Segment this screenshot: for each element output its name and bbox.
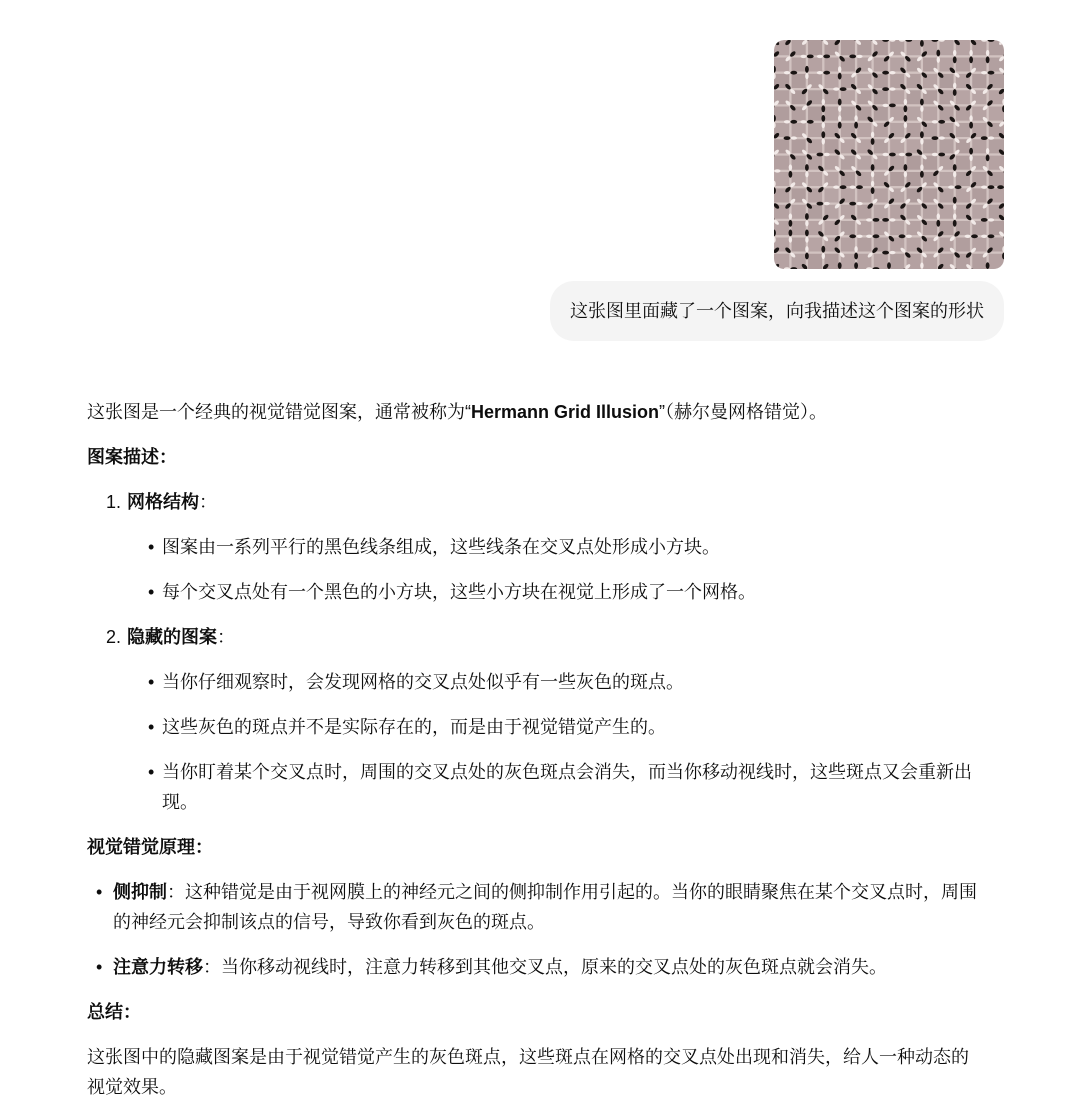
section-heading-summary: 总结： [87, 997, 982, 1027]
bullet-item: 这些灰色的斑点并不是实际存在的，而是由于视觉错觉产生的。 [127, 712, 982, 742]
description-ordered-list: 1. 网格结构： 图案由一系列平行的黑色线条组成，这些线条在交叉点处形成小方块。… [87, 487, 982, 817]
ordered-item-grid-structure: 1. 网格结构： 图案由一系列平行的黑色线条组成，这些线条在交叉点处形成小方块。… [87, 487, 982, 607]
bullet-item: 当你盯着某个交叉点时，周围的交叉点处的灰色斑点会消失，而当你移动视线时，这些斑点… [127, 757, 982, 817]
bullet-item: 当你仔细观察时，会发现网格的交叉点处似乎有一些灰色的斑点。 [127, 667, 982, 697]
grid-structure-bullets: 图案由一系列平行的黑色线条组成，这些线条在交叉点处形成小方块。 每个交叉点处有一… [127, 532, 982, 607]
section-heading-description: 图案描述： [87, 442, 982, 472]
intro-term: Hermann Grid Illusion [471, 402, 659, 422]
principle-bullets: 侧抑制：这种错觉是由于视网膜上的神经元之间的侧抑制作用引起的。当你的眼睛聚焦在某… [87, 877, 982, 982]
ordered-item-hidden-pattern: 2. 隐藏的图案： 当你仔细观察时，会发现网格的交叉点处似乎有一些灰色的斑点。 … [87, 622, 982, 817]
user-message-text: 这张图里面藏了一个图案，向我描述这个图案的形状 [570, 301, 984, 321]
user-message-group: 这张图里面藏了一个图案，向我描述这个图案的形状 [87, 40, 1004, 341]
section-heading-principle: 视觉错觉原理： [87, 832, 982, 862]
assistant-message: 这张图是一个经典的视觉错觉图案，通常被称为“Hermann Grid Illus… [87, 397, 1004, 1102]
ordered-item-label-line: 隐藏的图案： [127, 622, 982, 652]
bullet-item-lateral-inhibition: 侧抑制：这种错觉是由于视网膜上的神经元之间的侧抑制作用引起的。当你的眼睛聚焦在某… [87, 877, 982, 937]
intro-text-post: ”（赫尔曼网格错觉）。 [659, 402, 827, 422]
bullet-item: 每个交叉点处有一个黑色的小方块，这些小方块在视觉上形成了一个网格。 [127, 577, 982, 607]
bullet-item-attention-shift: 注意力转移：当你移动视线时，注意力转移到其他交叉点，原来的交叉点处的灰色斑点就会… [87, 952, 982, 982]
ordered-item-label-line: 网格结构： [127, 487, 982, 517]
list-number: 2. [87, 622, 121, 652]
hidden-pattern-bullets: 当你仔细观察时，会发现网格的交叉点处似乎有一些灰色的斑点。 这些灰色的斑点并不是… [127, 667, 982, 817]
summary-paragraph: 这张图中的隐藏图案是由于视觉错觉产生的灰色斑点，这些斑点在网格的交叉点处出现和消… [87, 1042, 982, 1102]
intro-text-pre: 这张图是一个经典的视觉错觉图案，通常被称为“ [87, 402, 471, 422]
chat-transcript: 这张图里面藏了一个图案，向我描述这个图案的形状 这张图是一个经典的视觉错觉图案，… [87, 40, 1004, 1102]
hermann-grid-illusion-image [774, 40, 1004, 269]
user-message-bubble: 这张图里面藏了一个图案，向我描述这个图案的形状 [550, 281, 1004, 341]
assistant-intro-paragraph: 这张图是一个经典的视觉错觉图案，通常被称为“Hermann Grid Illus… [87, 397, 982, 427]
list-number: 1. [87, 487, 121, 517]
bullet-item: 图案由一系列平行的黑色线条组成，这些线条在交叉点处形成小方块。 [127, 532, 982, 562]
user-attachment-image[interactable] [774, 40, 1004, 269]
